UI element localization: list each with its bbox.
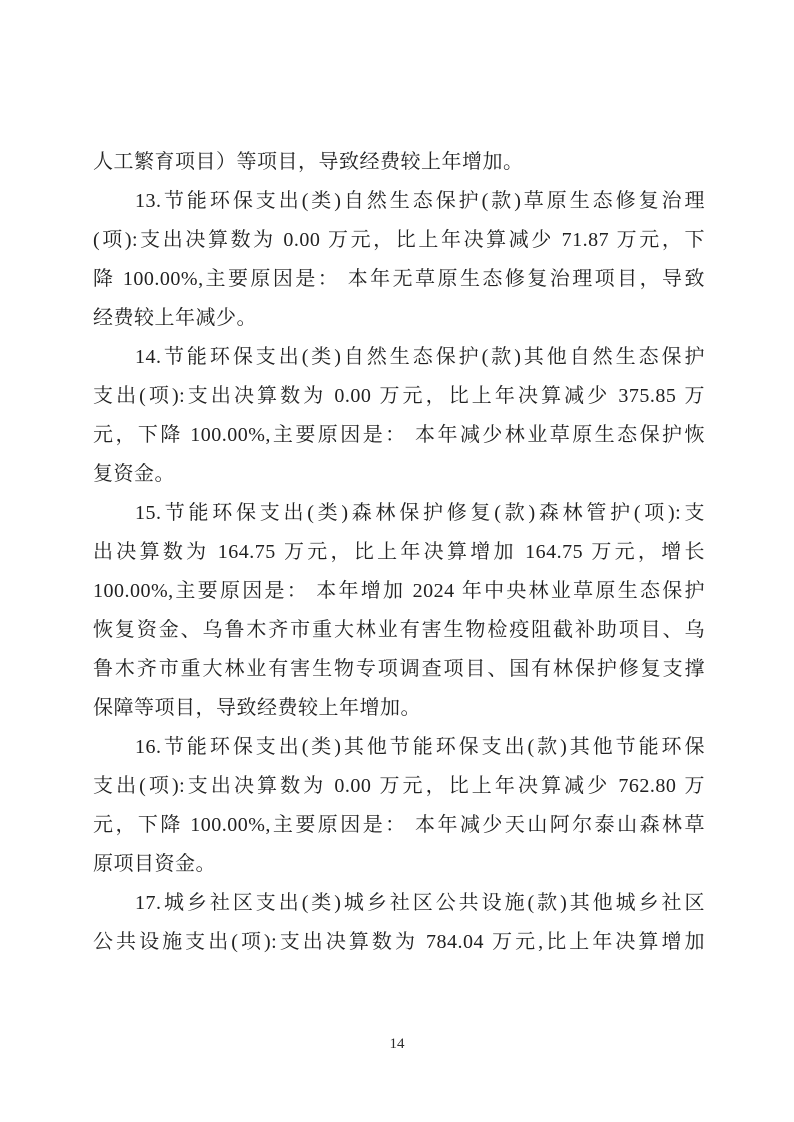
text-line: 公共设施支出(项):支出决算数为 784.04 万元,比上年决算增加 [93, 923, 705, 962]
text-line: 元，下降 100.00%,主要原因是： 本年减少天山阿尔泰山森林草 [93, 806, 705, 845]
paragraph-item-14: 14.节能环保支出(类)自然生态保护(款)其他自然生态保护 支出(项):支出决算… [93, 338, 705, 494]
text-line: 保障等项目，导致经费较上年增加。 [93, 689, 705, 728]
text-line: 经费较上年减少。 [93, 299, 705, 338]
text-line: 原项目资金。 [93, 845, 705, 884]
text-line: 14.节能环保支出(类)自然生态保护(款)其他自然生态保护 [93, 338, 705, 377]
paragraph-item-13: 13.节能环保支出(类)自然生态保护(款)草原生态修复治理 (项):支出决算数为… [93, 182, 705, 338]
paragraph-intro-continuation: 人工繁育项目）等项目，导致经费较上年增加。 [93, 143, 705, 182]
text-line: 13.节能环保支出(类)自然生态保护(款)草原生态修复治理 [93, 182, 705, 221]
text-line: 16.节能环保支出(类)其他节能环保支出(款)其他节能环保 [93, 728, 705, 767]
page-number: 14 [0, 1035, 794, 1053]
text-line: 人工繁育项目）等项目，导致经费较上年增加。 [93, 143, 705, 182]
text-line: 支出(项):支出决算数为 0.00 万元，比上年决算减少 375.85 万 [93, 377, 705, 416]
text-line: 100.00%,主要原因是： 本年增加 2024 年中央林业草原生态保护 [93, 572, 705, 611]
text-line: 复资金。 [93, 455, 705, 494]
text-line: 鲁木齐市重大林业有害生物专项调查项目、国有林保护修复支撑 [93, 650, 705, 689]
text-line: 元，下降 100.00%,主要原因是： 本年减少林业草原生态保护恢 [93, 416, 705, 455]
text-line: 降 100.00%,主要原因是： 本年无草原生态修复治理项目，导致 [93, 260, 705, 299]
text-line: 支出(项):支出决算数为 0.00 万元，比上年决算减少 762.80 万 [93, 767, 705, 806]
text-line: (项):支出决算数为 0.00 万元，比上年决算减少 71.87 万元，下 [93, 221, 705, 260]
text-line: 出决算数为 164.75 万元，比上年决算增加 164.75 万元，增长 [93, 533, 705, 572]
text-line: 17.城乡社区支出(类)城乡社区公共设施(款)其他城乡社区 [93, 884, 705, 923]
text-line: 15.节能环保支出(类)森林保护修复(款)森林管护(项):支 [93, 494, 705, 533]
paragraph-item-15: 15.节能环保支出(类)森林保护修复(款)森林管护(项):支 出决算数为 164… [93, 494, 705, 728]
text-line: 恢复资金、乌鲁木齐市重大林业有害生物检疫阻截补助项目、乌 [93, 611, 705, 650]
paragraph-item-17: 17.城乡社区支出(类)城乡社区公共设施(款)其他城乡社区 公共设施支出(项):… [93, 884, 705, 962]
document-text-body: 人工繁育项目）等项目，导致经费较上年增加。 13.节能环保支出(类)自然生态保护… [93, 143, 705, 962]
paragraph-item-16: 16.节能环保支出(类)其他节能环保支出(款)其他节能环保 支出(项):支出决算… [93, 728, 705, 884]
document-page: 人工繁育项目）等项目，导致经费较上年增加。 13.节能环保支出(类)自然生态保护… [0, 0, 794, 1122]
